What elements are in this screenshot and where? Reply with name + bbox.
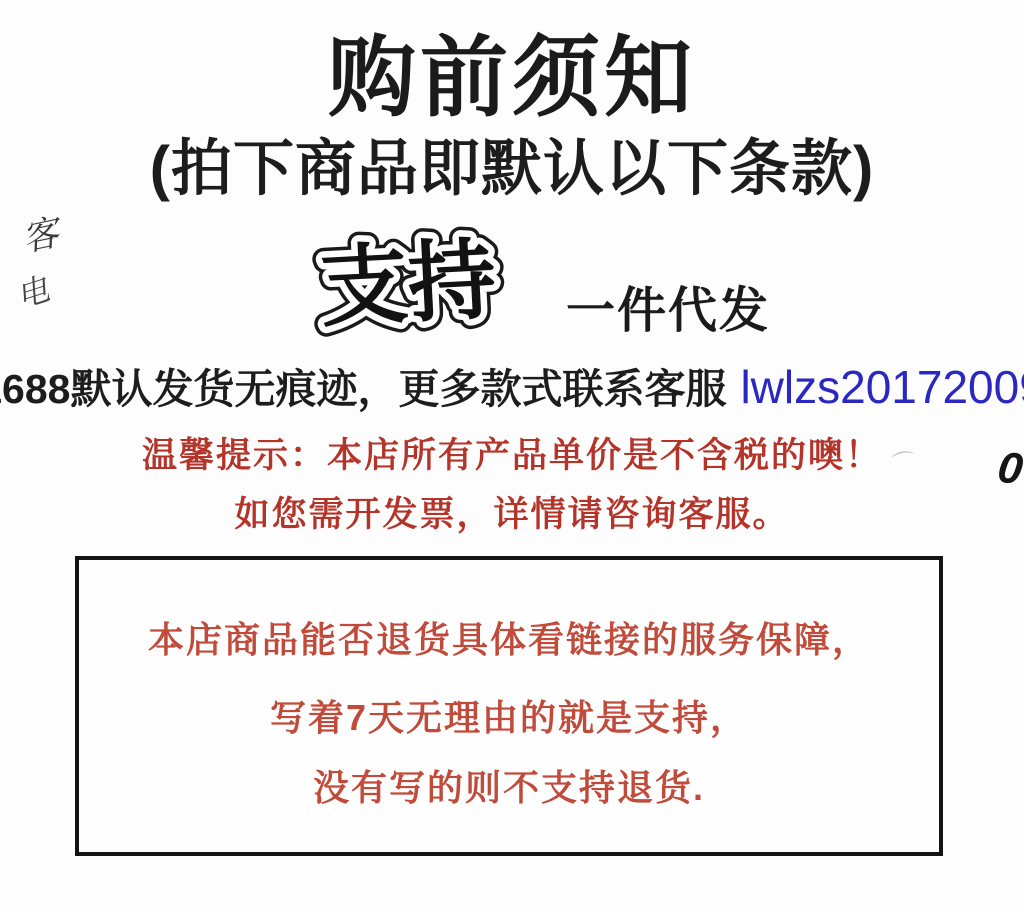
return-policy-line-1: 本店商品能否退货具体看链接的服务保障， (79, 612, 939, 663)
return-policy-line-2: 写着7天无理由的就是支持， (79, 690, 939, 741)
watermark-scribble-bottom: 电 (10, 264, 55, 318)
page-title: 购前须知 (0, 8, 1024, 134)
support-sticker: 支持 支持 支持 (289, 208, 528, 357)
support-sticker-text: 支持 (318, 229, 499, 337)
tax-notice-line-1: 温馨提示：本店所有产品单价是不含税的噢！ (0, 428, 1024, 478)
return-policy-line-3: 没有写的则不支持退货. (79, 760, 939, 811)
page-subtitle: (拍下商品即默认以下条款) (0, 120, 1024, 207)
return-policy-box: 本店商品能否退货具体看链接的服务保障， 写着7天无理由的就是支持， 没有写的则不… (75, 556, 943, 856)
watermark-scribble-top: 客 (17, 205, 63, 262)
support-sticker-svg: 支持 支持 支持 (289, 208, 528, 352)
dropship-text: 一件代发 (566, 272, 770, 342)
shipping-line-text: 1688默认发货无痕迹，更多款式联系客服 (0, 356, 726, 415)
shipping-line: 1688默认发货无痕迹，更多款式联系客服 lwlzs20172009 (0, 356, 1024, 415)
tax-notice-line-2: 如您需开发票，详情请咨询客服。 (0, 487, 1024, 537)
contact-id: lwlzs20172009 (740, 360, 1024, 414)
purchase-notice-image: 购前须知 (拍下商品即默认以下条款) 客 电 支持 支持 支持 一件代发 168… (0, 0, 1024, 906)
